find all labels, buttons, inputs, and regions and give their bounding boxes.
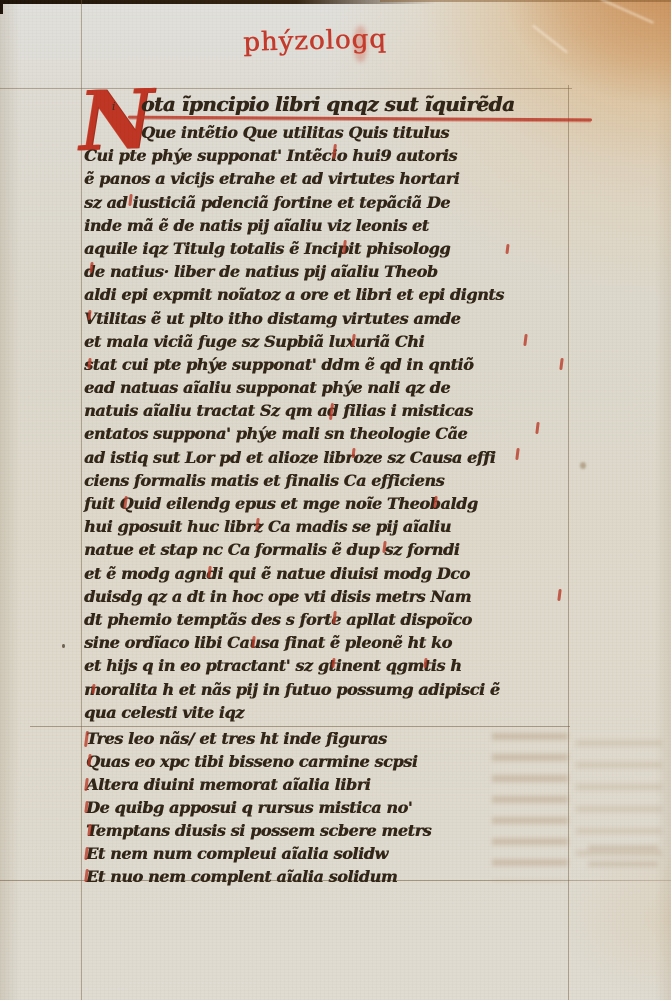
prose-line: de natius· liber de natius pij aĩaliu Th… (84, 260, 504, 283)
verse-line: Altera diuini memorat aĩalia libri (86, 773, 431, 796)
prose-line: ciens formalis matis et finalis Ca effic… (84, 469, 504, 492)
prose-block: Que intẽtio Que utilitas Quis titulus Cu… (84, 121, 504, 724)
ink-bleedthrough (492, 733, 568, 881)
prose-line: aldi epi expmit noĩatoz a ore et libri e… (84, 283, 504, 306)
prose-line: Que intẽtio Que utilitas Quis titulus (84, 121, 504, 144)
prose-line: sz ad iusticiã pdenciã fortine et tepãci… (84, 191, 504, 214)
prose-line: stat cui pte phýe supponat' ddm ẽ qd in … (84, 353, 504, 376)
prose-line: duisdg qz a dt in hoc ope vti disis metr… (84, 585, 504, 608)
ink-speck (62, 644, 65, 648)
rubrication-mark (505, 244, 509, 254)
prose-line: sine ordĩaco libi Causa finat ẽ pleonẽ h… (84, 631, 504, 654)
stain-speck (580, 462, 586, 469)
prose-line: et mala viciã fuge sz Supbiã luxuriã Chi (84, 330, 504, 353)
prose-line: et ẽ modg agndi qui ẽ natue diuisi modg … (84, 562, 504, 585)
page-edge-shadow (380, 0, 671, 2)
prose-line: ad istiq sut Lor pd et alioze libroze sz… (84, 446, 504, 469)
rubrication-mark (535, 422, 539, 434)
ruling-line-right (568, 85, 569, 1000)
prose-line: hui gposuit huc librz Ca madis se pij aĩ… (84, 515, 504, 538)
prose-line: aquile iqz Titulg totalis ẽ Incipit phis… (84, 237, 504, 260)
prose-line: dt phemio temptãs des s forte apllat dis… (84, 608, 504, 631)
rubrication-mark (557, 589, 561, 601)
prose-line: fuit Quid eilendg epus et mge noĩe Theob… (84, 492, 504, 515)
verse-line: De quibg apposui q rursus mistica no' (86, 796, 431, 819)
verse-line: Temptans diusis si possem scbere metrs (86, 819, 431, 842)
rubrication-mark (515, 448, 519, 460)
page-edge-shadow (0, 0, 3, 14)
verse-block: Tres leo nãs/ et tres ht inde figuras Qu… (86, 727, 431, 888)
prose-line: natue et stap nc Ca formalis ẽ dup sz fo… (84, 538, 504, 561)
ink-bleedthrough (576, 740, 662, 872)
prose-line: Cui pte phýe supponat' Intẽcio hui9 auto… (84, 144, 504, 167)
prose-line: moralita h et nãs pij in futuo possumg a… (84, 678, 504, 701)
prose-line: qua celesti vite iqz (84, 701, 504, 724)
red-ink-smudge (354, 26, 367, 62)
page-edge-shadow (0, 0, 436, 4)
prose-line: entatos suppona' phýe mali sn theologie … (84, 422, 504, 445)
incipit-line: ota ĩpncipio libri qnqz sut ĩquirẽda (141, 92, 514, 116)
prose-line: Vtilitas ẽ ut plto itho distamg virtutes… (84, 307, 504, 330)
parchment-crease (600, 0, 654, 24)
verse-line: Quas eo xpc tibi bisseno carmine scpsi (86, 750, 431, 773)
verse-line: Et nuo nem complent aĩalia solidum (86, 865, 431, 888)
manuscript-page: phýzologq N i ota ĩpncipio libri qnqz su… (0, 0, 671, 1000)
guide-letter: i (112, 100, 116, 113)
rubrication-mark (559, 358, 563, 370)
parchment-crease (532, 25, 568, 54)
prose-line: et hijs q in eo ptractant' sz gtinent qg… (84, 654, 504, 677)
verse-line: Et nem num compleui aĩalia solidw (86, 842, 431, 865)
prose-line: ẽ panos a vicijs etrahe et ad virtutes h… (84, 167, 504, 190)
rubrication-mark (523, 334, 527, 346)
prose-line: natuis aĩaliu tractat Sz qm ad filias i … (84, 399, 504, 422)
prose-line: inde mã ẽ de natis pij aĩaliu viz leonis… (84, 214, 504, 237)
verse-line: Tres leo nãs/ et tres ht inde figuras (86, 727, 431, 750)
ink-bleedthrough (588, 845, 658, 877)
prose-line: ead natuas aĩaliu supponat phýe nali qz … (84, 376, 504, 399)
